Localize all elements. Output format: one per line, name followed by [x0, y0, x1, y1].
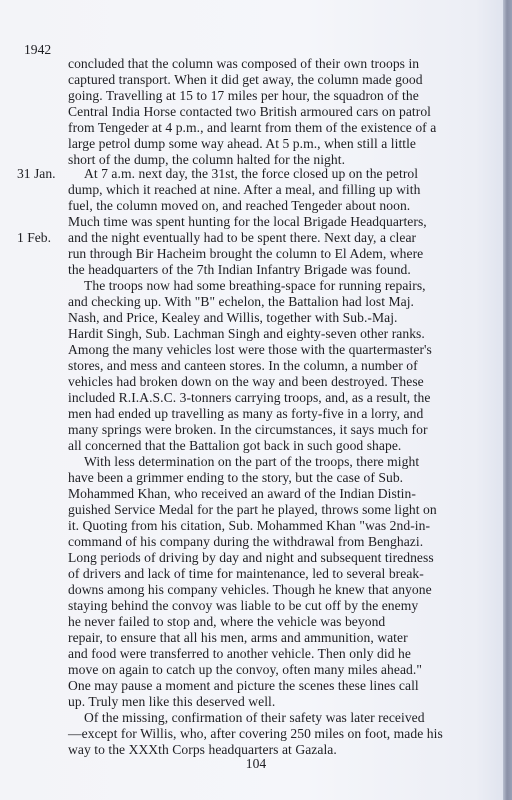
text-line: guished Service Medal for the part he pl…: [68, 502, 437, 518]
text-line: he never failed to stop and, where the v…: [68, 614, 385, 630]
margin-date-1-feb: 1 Feb.: [17, 230, 51, 246]
text-line: and the night eventually had to be spent…: [68, 230, 416, 246]
text-line: staying behind the convoy was liable to …: [68, 598, 418, 614]
text-line: and food were transferred to another veh…: [68, 646, 411, 662]
text-line: many springs were broken. In the circums…: [68, 422, 428, 438]
text-line: Among the many vehicles lost were those …: [68, 342, 432, 358]
text-line: included R.I.A.S.C. 3-tonners carrying t…: [68, 390, 430, 406]
text-line: have been a grimmer ending to the story,…: [68, 470, 403, 486]
margin-date-31-jan: 31 Jan.: [17, 166, 56, 182]
text-line: move on again to catch up the convoy, of…: [68, 662, 422, 678]
text-line: repair, to ensure that all his men, arms…: [68, 630, 408, 646]
text-line: all concerned that the Battalion got bac…: [68, 438, 401, 454]
text-line: the headquarters of the 7th Indian Infan…: [68, 262, 411, 278]
text-line: downs among his company vehicles. Though…: [68, 582, 432, 598]
text-line: run through Bir Hacheim brought the colu…: [68, 246, 423, 262]
text-line: stores, and mess and canteen stores. In …: [68, 358, 418, 374]
text-line: Of the missing, confirmation of their sa…: [84, 710, 425, 726]
text-line: from Tengeder at 4 p.m., and learnt from…: [68, 120, 436, 136]
margin-year: 1942: [24, 42, 51, 58]
page-number: 104: [0, 756, 512, 772]
text-line: The troops now had some breathing-space …: [84, 278, 426, 294]
text-line: vehicles had broken down on the way and …: [68, 374, 424, 390]
text-line: command of his company during the withdr…: [68, 534, 423, 550]
text-line: dump, which it reached at nine. After a …: [68, 182, 420, 198]
text-line: Hardit Singh, Sub. Lachman Singh and eig…: [68, 326, 425, 342]
text-line: Nash, and Price, Kealey and Willis, toge…: [68, 310, 397, 326]
text-line: concluded that the column was composed o…: [68, 56, 419, 72]
text-line: and checking up. With "B" echelon, the B…: [68, 294, 414, 310]
text-line: up. Truly men like this deserved well.: [68, 694, 275, 710]
text-line: of drivers and lack of time for maintena…: [68, 566, 424, 582]
text-line: it. Quoting from his citation, Sub. Moha…: [68, 518, 430, 534]
text-line: men had ended up travelling as many as f…: [68, 406, 423, 422]
text-line: At 7 a.m. next day, the 31st, the force …: [84, 166, 418, 182]
text-line: Long periods of driving by day and night…: [68, 550, 434, 566]
text-line: fuel, the column moved on, and reached T…: [68, 198, 410, 214]
text-line: —except for Willis, who, after covering …: [68, 726, 443, 742]
text-line: Much time was spent hunting for the loca…: [68, 214, 427, 230]
text-line: captured transport. When it did get away…: [68, 72, 423, 88]
text-line: One may pause a moment and picture the s…: [68, 678, 419, 694]
text-line: With less determination on the part of t…: [84, 454, 419, 470]
book-spine-shadow: [503, 0, 512, 800]
book-page: 1942 31 Jan. 1 Feb. concluded that the c…: [0, 0, 506, 800]
text-line: large petrol dump some way ahead. At 5 p…: [68, 136, 416, 152]
text-line: Mohammed Khan, who received an award of …: [68, 486, 416, 502]
text-line: going. Travelling at 15 to 17 miles per …: [68, 88, 419, 104]
text-line: Central India Horse contacted two Britis…: [68, 104, 431, 120]
